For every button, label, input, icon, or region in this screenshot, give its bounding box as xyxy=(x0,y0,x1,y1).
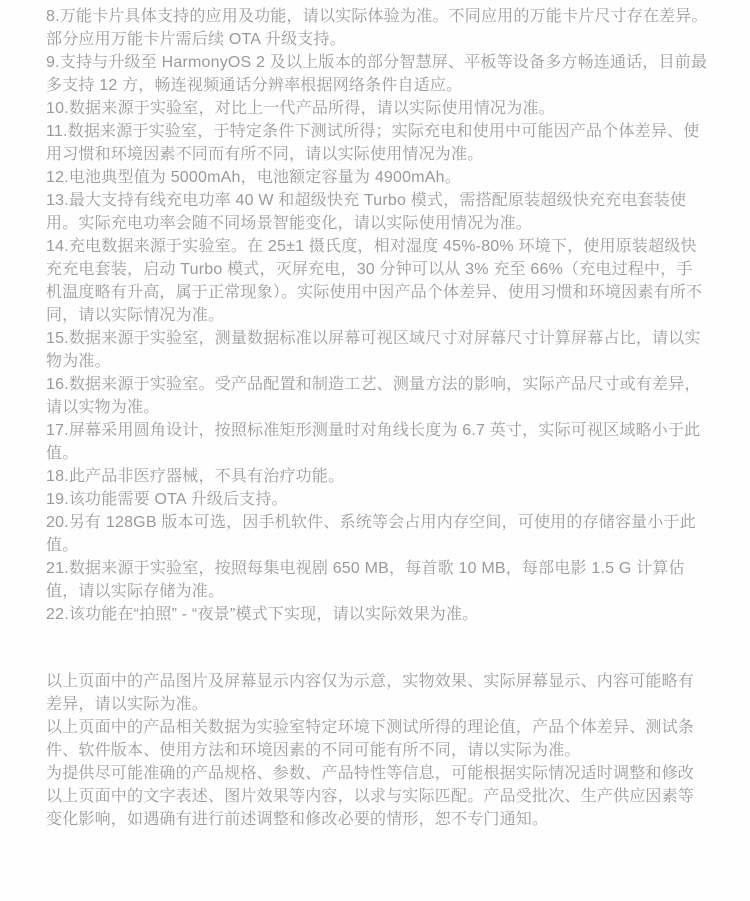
legal-disclaimer-section: 以上页面中的产品图片及屏幕显示内容仅为示意，实物效果、实际屏幕显示、内容可能略有… xyxy=(46,670,708,831)
legal-paragraph-changes: 为提供尽可能准确的产品规格、参数、产品特性等信息，可能根据实际情况适时调整和修改… xyxy=(46,762,708,831)
product-disclaimer-page: 8.万能卡片具体支持的应用及功能，请以实际体验为准。不同应用的万能卡片尺寸存在差… xyxy=(0,0,750,901)
footnote-item-21: 21.数据来源于实验室，按照每集电视剧 650 MB，每首歌 10 MB，每部电… xyxy=(46,557,708,603)
footnote-item-17: 17.屏幕采用圆角设计，按照标准矩形测量时对角线长度为 6.7 英寸，实际可视区… xyxy=(46,419,708,465)
footnote-item-18: 18.此产品非医疗器械，不具有治疗功能。 xyxy=(46,465,708,488)
footnote-item-9: 9.支持与升级至 HarmonyOS 2 及以上版本的部分智慧屏、平板等设备多方… xyxy=(46,51,708,97)
footnote-item-10: 10.数据来源于实验室，对比上一代产品所得，请以实际使用情况为准。 xyxy=(46,97,708,120)
footnote-item-14: 14.充电数据来源于实验室。在 25±1 摄氏度，相对湿度 45%-80% 环境… xyxy=(46,235,708,327)
footnote-item-13: 13.最大支持有线充电功率 40 W 和超级快充 Turbo 模式，需搭配原装超… xyxy=(46,189,708,235)
footnote-item-12: 12.电池典型值为 5000mAh，电池额定容量为 4900mAh。 xyxy=(46,166,708,189)
footnote-item-22: 22.该功能在“拍照” - “夜景”模式下实现，请以实际效果为准。 xyxy=(46,603,708,626)
footnote-item-15: 15.数据来源于实验室，测量数据标准以屏幕可视区域尺寸对屏幕尺寸计算屏幕占比，请… xyxy=(46,327,708,373)
footnote-item-8: 8.万能卡片具体支持的应用及功能，请以实际体验为准。不同应用的万能卡片尺寸存在差… xyxy=(46,5,708,51)
legal-paragraph-display: 以上页面中的产品图片及屏幕显示内容仅为示意，实物效果、实际屏幕显示、内容可能略有… xyxy=(46,670,708,716)
legal-paragraph-labdata: 以上页面中的产品相关数据为实验室特定环境下测试所得的理论值，产品个体差异、测试条… xyxy=(46,716,708,762)
footnotes-section: 8.万能卡片具体支持的应用及功能，请以实际体验为准。不同应用的万能卡片尺寸存在差… xyxy=(46,5,708,626)
footnote-item-11: 11.数据来源于实验室，于特定条件下测试所得；实际充电和使用中可能因产品个体差异… xyxy=(46,120,708,166)
footnote-item-19: 19.该功能需要 OTA 升级后支持。 xyxy=(46,488,708,511)
footnote-item-20: 20.另有 128GB 版本可选，因手机软件、系统等会占用内存空间，可使用的存储… xyxy=(46,511,708,557)
footnote-item-16: 16.数据来源于实验室。受产品配置和制造工艺、测量方法的影响，实际产品尺寸或有差… xyxy=(46,373,708,419)
